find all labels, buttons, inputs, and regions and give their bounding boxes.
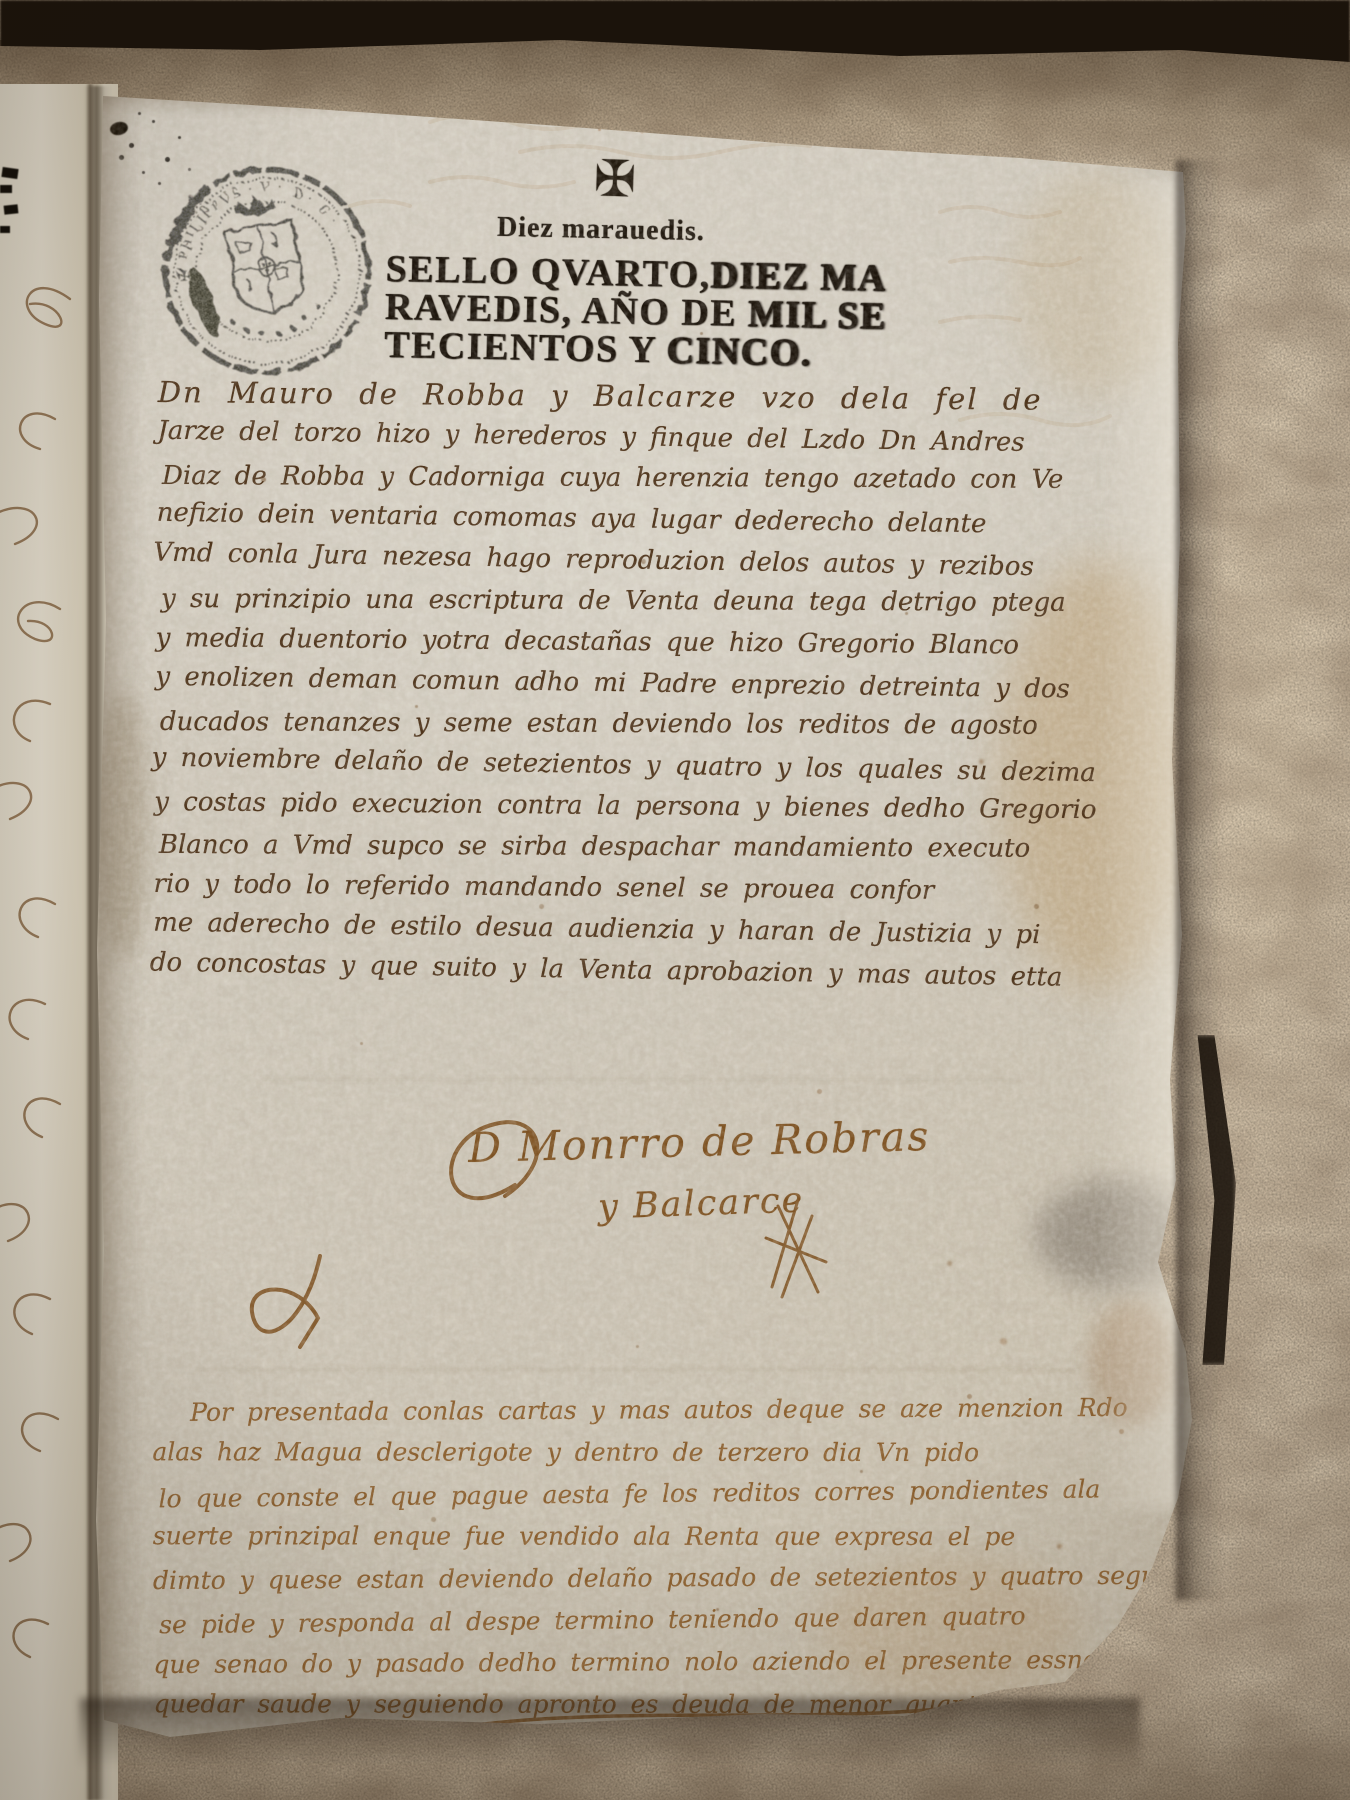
printed-fragment-bit xyxy=(0,185,12,193)
gutter-fold-shading xyxy=(96,90,144,1738)
printed-fragment-bit xyxy=(1,167,18,179)
printed-fragment-bit xyxy=(4,204,19,214)
paper-wear-overlay xyxy=(90,86,1200,1746)
page-bottom-shadow xyxy=(80,1698,1140,1768)
page-edge-shadow xyxy=(1176,160,1224,1600)
manuscript-page: ✠ PHILIPPVS · V · D · G · ✠ Diez maraued… xyxy=(0,0,1350,1800)
deckle-edge-highlight xyxy=(1095,180,1183,1510)
printed-fragment-bit xyxy=(0,226,10,233)
manuscript-photo: ✠ PHILIPPVS · V · D · G · ✠ Diez maraued… xyxy=(0,0,1350,1800)
